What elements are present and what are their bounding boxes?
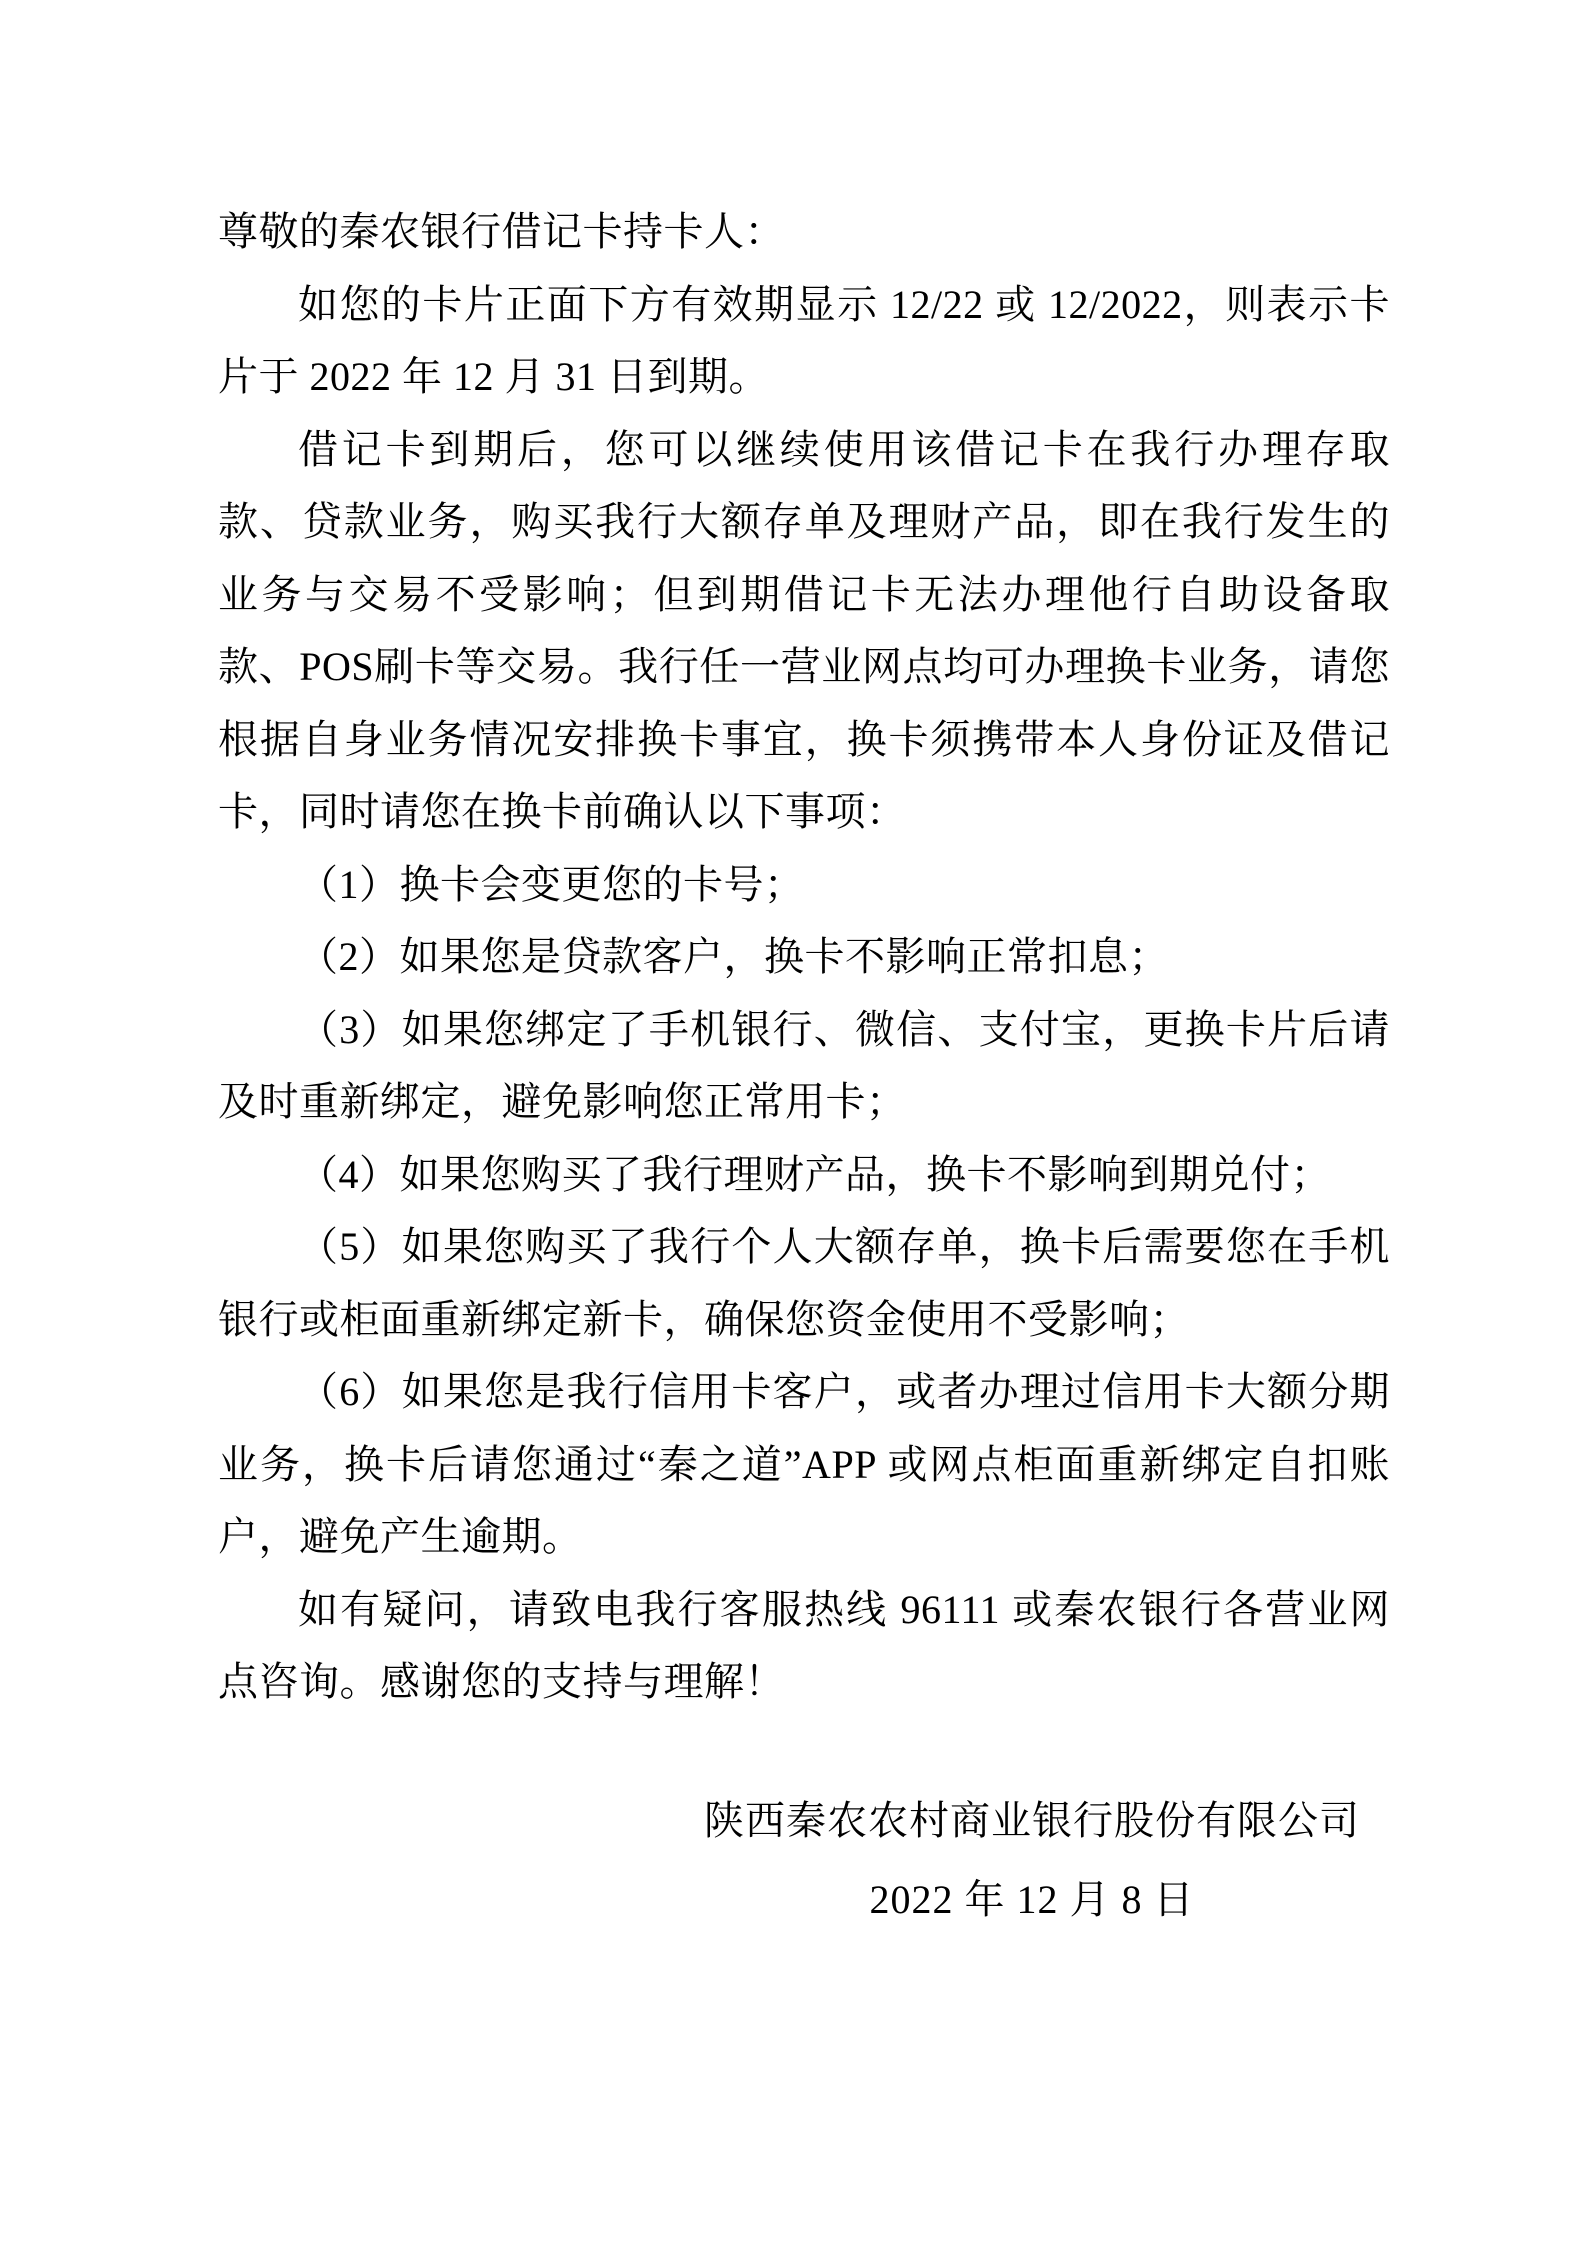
salutation-line: 尊敬的秦农银行借记卡持卡人： [218,196,1390,269]
body-paragraph: （2）如果您是贷款客户，换卡不影响正常扣息； [218,921,1390,994]
notice-page: 尊敬的秦农银行借记卡持卡人： 如您的卡片正面下方有效期显示 12/22 或 12… [0,0,1587,2245]
body-paragraph: 如有疑问，请致电我行客服热线 96111 或秦农银行各营业网点咨询。感谢您的支持… [218,1574,1390,1719]
document-body: 尊敬的秦农银行借记卡持卡人： 如您的卡片正面下方有效期显示 12/22 或 12… [218,196,1390,1719]
body-paragraph: （3）如果您绑定了手机银行、微信、支付宝，更换卡片后请及时重新绑定，避免影响您正… [218,994,1390,1139]
signature-company: 陕西秦农农村商业银行股份有限公司 [704,1785,1360,1858]
body-paragraph: 借记卡到期后，您可以继续使用该借记卡在我行办理存取款、贷款业务，购买我行大额存单… [218,414,1390,849]
signature-inner: 陕西秦农农村商业银行股份有限公司 2022 年 12 月 8 日 [704,1785,1360,1937]
paragraph-list: 如您的卡片正面下方有效期显示 12/22 或 12/2022，则表示卡片于 20… [218,269,1390,1719]
body-paragraph: （6）如果您是我行信用卡客户，或者办理过信用卡大额分期业务，换卡后请您通过“秦之… [218,1356,1390,1574]
body-paragraph: （4）如果您购买了我行理财产品，换卡不影响到期兑付； [218,1139,1390,1212]
page: { "page": { "background": "#ffffff", "te… [0,0,1587,2245]
body-paragraph: （1）换卡会变更您的卡号； [218,849,1390,922]
body-paragraph: （5）如果您购买了我行个人大额存单，换卡后需要您在手机银行或柜面重新绑定新卡，确… [218,1211,1390,1356]
signature-block: 陕西秦农农村商业银行股份有限公司 2022 年 12 月 8 日 [218,1785,1390,1937]
signature-date: 2022 年 12 月 8 日 [704,1864,1360,1937]
body-paragraph: 如您的卡片正面下方有效期显示 12/22 或 12/2022，则表示卡片于 20… [218,269,1390,414]
